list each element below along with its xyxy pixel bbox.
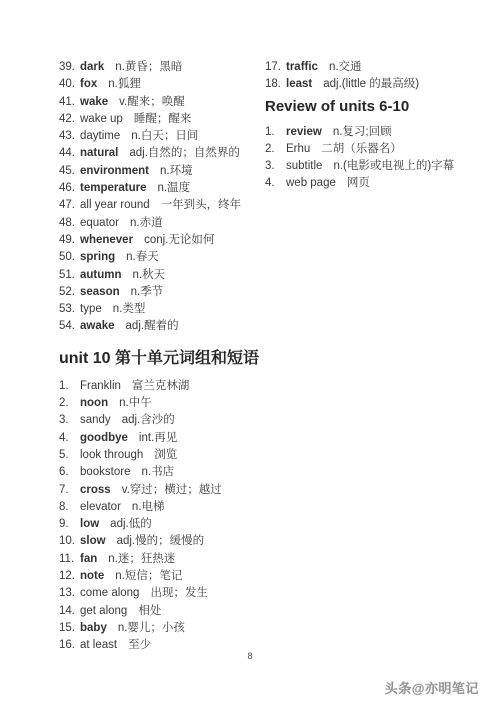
item-number: 46. [59, 180, 80, 197]
list-item: 5.look through浏览 [59, 447, 271, 464]
item-word: equator [80, 215, 119, 232]
list-item: 1.reviewn.复习;回顾 [265, 124, 487, 141]
item-number: 4. [265, 175, 286, 192]
item-word: bookstore [80, 464, 131, 481]
list-item: 51.autumnn.秋天 [59, 267, 271, 284]
item-number: 9. [59, 516, 80, 533]
item-definition: n.环境 [160, 163, 193, 180]
item-number: 48. [59, 215, 80, 232]
item-number: 12. [59, 568, 80, 585]
item-number: 47. [59, 197, 80, 214]
item-definition: n.黄昏；黑暗 [115, 59, 182, 76]
list-item: 3.subtitlen.(电影或电视上的)字幕 [265, 158, 487, 175]
item-word: whenever [80, 232, 133, 249]
list-item: 45.environmentn.环境 [59, 163, 271, 180]
item-word: daytime [80, 128, 120, 145]
item-definition: n.交通 [329, 59, 362, 76]
item-definition: n.婴儿；小孩 [118, 620, 185, 637]
watermark: 头条@亦明笔记 [385, 678, 479, 697]
item-word: autumn [80, 267, 122, 284]
item-word: fox [80, 76, 97, 93]
vocab-list-continued-left: 39.darkn.黄昏；黑暗40.foxn.狐狸41.wakev.醒来；唤醒42… [59, 59, 271, 336]
item-definition: 网页 [347, 175, 370, 192]
list-item: 2.Erhu二胡（乐器名） [265, 141, 487, 158]
item-definition: n.春天 [126, 249, 159, 266]
item-number: 53. [59, 301, 80, 318]
item-word: elevator [80, 499, 121, 516]
item-definition: 二胡（乐器名） [321, 141, 402, 158]
item-word: environment [80, 163, 149, 180]
item-number: 11. [59, 551, 80, 568]
item-word: Erhu [286, 141, 310, 158]
item-definition: n.狐狸 [108, 76, 141, 93]
item-word: awake [80, 318, 115, 335]
list-item: 4.web page网页 [265, 175, 487, 192]
list-item: 39.darkn.黄昏；黑暗 [59, 59, 271, 76]
item-word: subtitle [286, 158, 322, 175]
item-number: 15. [59, 620, 80, 637]
list-item: 13.come along出现；发生 [59, 585, 271, 602]
item-word: cross [80, 482, 111, 499]
item-definition: n.类型 [113, 301, 146, 318]
item-number: 5. [59, 447, 80, 464]
item-number: 40. [59, 76, 80, 93]
list-item: 18.leastadj.(little 的最高级) [265, 76, 487, 93]
list-item: 50.springn.春天 [59, 249, 271, 266]
list-item: 7.crossv.穿过；横过；越过 [59, 482, 271, 499]
item-number: 45. [59, 163, 80, 180]
item-number: 8. [59, 499, 80, 516]
list-item: 54.awakeadj.醒着的 [59, 318, 271, 335]
item-word: noon [80, 395, 108, 412]
list-item: 46.temperaturen.温度 [59, 180, 271, 197]
item-definition: conj.无论如何 [144, 232, 214, 249]
item-definition: n.迷；狂热迷 [108, 551, 175, 568]
item-number: 6. [59, 464, 80, 481]
page-number: 8 [0, 651, 500, 661]
item-word: fan [80, 551, 97, 568]
document-page: 39.darkn.黄昏；黑暗40.foxn.狐狸41.wakev.醒来；唤醒42… [0, 0, 500, 706]
list-item: 44.naturaladj.自然的；自然界的 [59, 145, 271, 162]
item-word: baby [80, 620, 107, 637]
item-number: 3. [59, 412, 80, 429]
review-heading: Review of units 6-10 [265, 97, 487, 117]
list-item: 53.typen.类型 [59, 301, 271, 318]
item-word: slow [80, 533, 106, 550]
item-number: 49. [59, 232, 80, 249]
item-word: wake up [80, 111, 123, 128]
item-definition: 睡醒；醒来 [134, 111, 192, 128]
item-number: 4. [59, 430, 80, 447]
item-word: goodbye [80, 430, 128, 447]
list-item: 10.slowadj.慢的；缓慢的 [59, 533, 271, 550]
item-number: 50. [59, 249, 80, 266]
item-definition: adj.(little 的最高级) [323, 76, 419, 93]
item-definition: 相处 [138, 603, 161, 620]
item-definition: n.季节 [131, 284, 164, 301]
list-item: 2.noonn.中午 [59, 395, 271, 412]
item-definition: 浏览 [154, 447, 177, 464]
item-number: 18. [265, 76, 286, 93]
list-item: 4.goodbyeint.再见 [59, 430, 271, 447]
list-item: 48.equatorn.赤道 [59, 215, 271, 232]
list-item: 17.trafficn.交通 [265, 59, 487, 76]
item-word: get along [80, 603, 127, 620]
item-number: 2. [265, 141, 286, 158]
item-definition: n.秋天 [133, 267, 166, 284]
list-item: 42.wake up睡醒；醒来 [59, 111, 271, 128]
unit10-heading: unit 10 第十单元词组和短语 [59, 349, 271, 369]
item-number: 17. [265, 59, 286, 76]
item-word: natural [80, 145, 118, 162]
item-definition: n.中午 [119, 395, 152, 412]
item-word: sandy [80, 412, 111, 429]
item-number: 13. [59, 585, 80, 602]
item-definition: n.短信；笔记 [115, 568, 182, 585]
item-number: 52. [59, 284, 80, 301]
list-item: 3.sandyadj.含沙的 [59, 412, 271, 429]
item-definition: 出现；发生 [150, 585, 208, 602]
item-definition: adj.慢的；缓慢的 [117, 533, 205, 550]
item-definition: n.赤道 [130, 215, 163, 232]
list-item: 47.all year round一年到头，终年 [59, 197, 271, 214]
item-number: 1. [265, 124, 286, 141]
item-word: traffic [286, 59, 318, 76]
item-number: 44. [59, 145, 80, 162]
list-item: 15.babyn.婴儿；小孩 [59, 620, 271, 637]
item-definition: n.白天；日间 [131, 128, 198, 145]
vocab-list-continued-right: 17.trafficn.交通18.leastadj.(little 的最高级) [265, 59, 487, 94]
list-item: 9.lowadj.低的 [59, 516, 271, 533]
item-definition: v.醒来；唤醒 [119, 94, 185, 111]
item-definition: n.电梯 [132, 499, 165, 516]
list-item: 1.Franklin富兰克林湖 [59, 378, 271, 395]
item-word: look through [80, 447, 143, 464]
item-definition: adj.自然的；自然界的 [129, 145, 240, 162]
item-number: 2. [59, 395, 80, 412]
list-item: 12.noten.短信；笔记 [59, 568, 271, 585]
list-item: 43.daytimen.白天；日间 [59, 128, 271, 145]
list-item: 11.fann.迷；狂热迷 [59, 551, 271, 568]
item-word: web page [286, 175, 336, 192]
list-item: 52.seasonn.季节 [59, 284, 271, 301]
item-definition: n.复习;回顾 [333, 124, 392, 141]
item-word: temperature [80, 180, 146, 197]
vocab-list-review: 1.reviewn.复习;回顾2.Erhu二胡（乐器名）3.subtitlen.… [265, 124, 487, 193]
list-item: 6.bookstoren.书店 [59, 464, 271, 481]
item-word: type [80, 301, 102, 318]
list-item: 41.wakev.醒来；唤醒 [59, 94, 271, 111]
item-number: 43. [59, 128, 80, 145]
item-number: 42. [59, 111, 80, 128]
item-word: Franklin [80, 378, 121, 395]
item-number: 54. [59, 318, 80, 335]
item-definition: 一年到头，终年 [161, 197, 242, 214]
item-definition: adj.醒着的 [126, 318, 179, 335]
item-definition: n.(电影或电视上的)字幕 [333, 158, 454, 175]
item-word: review [286, 124, 322, 141]
list-item: 49.wheneverconj.无论如何 [59, 232, 271, 249]
item-number: 1. [59, 378, 80, 395]
item-word: wake [80, 94, 108, 111]
list-item: 40.foxn.狐狸 [59, 76, 271, 93]
item-number: 39. [59, 59, 80, 76]
item-number: 10. [59, 533, 80, 550]
item-word: spring [80, 249, 115, 266]
item-definition: v.穿过；横过；越过 [122, 482, 222, 499]
item-definition: 富兰克林湖 [132, 378, 190, 395]
item-word: all year round [80, 197, 150, 214]
list-item: 14.get along相处 [59, 603, 271, 620]
item-word: least [286, 76, 312, 93]
item-number: 7. [59, 482, 80, 499]
right-column: 17.trafficn.交通18.leastadj.(little 的最高级) … [265, 59, 487, 193]
item-number: 14. [59, 603, 80, 620]
item-word: season [80, 284, 120, 301]
item-word: low [80, 516, 99, 533]
list-item: 8.elevatorn.电梯 [59, 499, 271, 516]
item-word: note [80, 568, 104, 585]
item-word: come along [80, 585, 139, 602]
item-number: 3. [265, 158, 286, 175]
item-definition: adj.含沙的 [122, 412, 175, 429]
left-column: 39.darkn.黄昏；黑暗40.foxn.狐狸41.wakev.醒来；唤醒42… [59, 59, 271, 655]
item-definition: n.温度 [157, 180, 190, 197]
item-number: 41. [59, 94, 80, 111]
item-definition: adj.低的 [110, 516, 152, 533]
vocab-list-unit10: 1.Franklin富兰克林湖2.noonn.中午3.sandyadj.含沙的4… [59, 378, 271, 655]
item-word: dark [80, 59, 104, 76]
item-definition: n.书店 [142, 464, 175, 481]
item-definition: int.再见 [139, 430, 177, 447]
item-number: 51. [59, 267, 80, 284]
